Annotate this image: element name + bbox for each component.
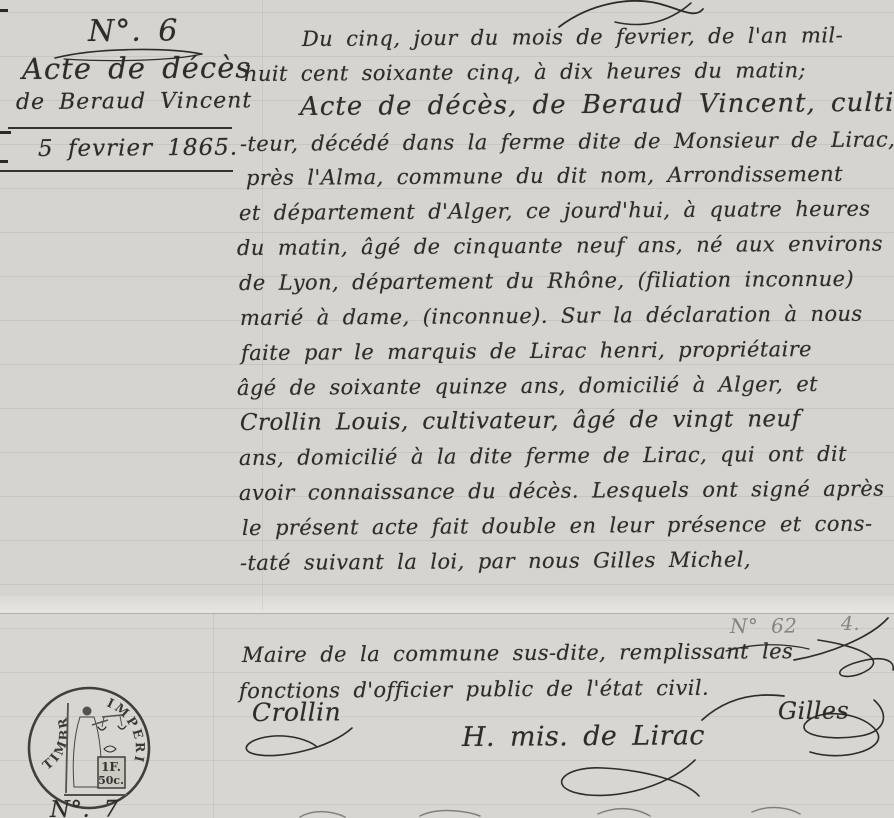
margin-rule [0, 170, 233, 172]
body-line: -taté suivant la loi, par nous Gilles Mi… [240, 547, 751, 575]
body-line: de Lyon, département du Rhône, (filiatio… [239, 267, 854, 295]
margin-rule [8, 127, 232, 129]
body-line: huit cent soixante cinq, à dix heures du… [244, 58, 806, 86]
body-line: et département d'Alger, ce jourd'hui, à … [239, 197, 871, 225]
body-line: le présent acte fait double en leur prés… [242, 512, 873, 540]
body-line: avoir connaissance du décès. Lesquels on… [239, 476, 885, 505]
act-type-title: Acte de décès [22, 50, 251, 86]
body-line: Du cinq, jour du mois de fevrier, de l'a… [302, 23, 843, 51]
page-number: 4. [841, 613, 860, 635]
binding-mark [0, 9, 8, 12]
act-number: N°. 6 [88, 13, 179, 49]
body-line: marié à dame, (inconnue). Sur la déclara… [240, 302, 863, 330]
body-line: Crollin Louis, cultivateur, âgé de vingt… [240, 406, 801, 436]
death-record-page: N°. 6 Acte de décès de Beraud Vincent 5 … [0, 0, 894, 818]
scan-seam [0, 596, 894, 614]
bottom-margin-note: N°. 7 [50, 797, 119, 818]
signature-declarant: H. mis. de Lirac [462, 720, 705, 753]
paper-crease [213, 613, 214, 818]
body-line: ans, domicilié à la dite ferme de Lirac,… [239, 442, 847, 470]
signature-mayor: Gilles [778, 697, 849, 725]
body-line: -teur, décédé dans la ferme dite de Mons… [240, 127, 894, 156]
binding-mark [0, 160, 8, 163]
body-line: âgé de soixante quinze ans, domicilié à … [237, 372, 818, 400]
act-date-margin: 5 fevrier 1865. [38, 135, 238, 162]
closing-line: Maire de la commune sus-dite, remplissan… [242, 639, 793, 667]
body-line: du matin, âgé de cinquante neuf ans, né … [237, 231, 883, 260]
body-line: faite par le marquis de Lirac henri, pro… [241, 337, 812, 365]
register-ref-number: N° 62 [730, 614, 797, 638]
deceased-name-margin: de Beraud Vincent [16, 88, 252, 115]
signature-witness: Crollin [252, 697, 341, 727]
body-line-act-heading: Acte de décès, de Beraud Vincent, cultiv… [300, 88, 894, 122]
binding-mark [0, 131, 11, 134]
body-line: près l'Alma, commune du dit nom, Arrondi… [246, 162, 843, 190]
